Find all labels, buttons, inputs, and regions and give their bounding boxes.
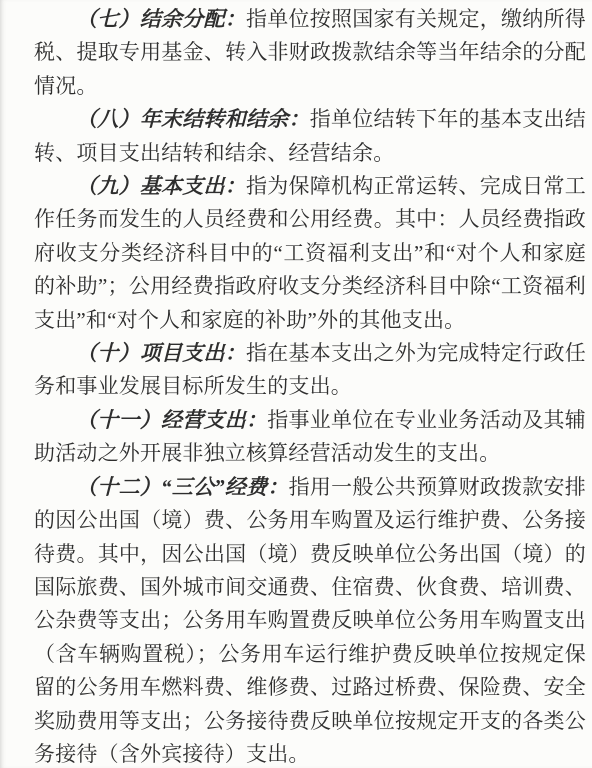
definition-paragraph-11: （十一）经营支出：指事业单位在专业业务活动及其辅助活动之外开展非独立核算经营活动… xyxy=(34,404,586,471)
definition-term: （十二）“三公”经费： xyxy=(76,475,289,499)
definition-term: （十）项目支出： xyxy=(76,341,246,365)
document-text-block: （七）结余分配：指单位按照国家有关规定，缴纳所得税、提取专用基金、转入非财政拨款… xyxy=(34,3,586,768)
definition-paragraph-12: （十二）“三公”经费：指用一般公共预算财政拨款安排的因公出国（境）费、公务用车购… xyxy=(34,471,586,768)
definition-paragraph-7: （七）结余分配：指单位按照国家有关规定，缴纳所得税、提取专用基金、转入非财政拨款… xyxy=(34,3,586,103)
definition-term: （八）年末结转和结余： xyxy=(76,107,310,131)
definition-body: 指用一般公共预算财政拨款安排的因公出国（境）费、公务用车购置及运行维护费、公务接… xyxy=(34,475,586,766)
definition-paragraph-10: （十）项目支出：指在基本支出之外为完成特定行政任务和事业发展目标所发生的支出。 xyxy=(34,337,586,404)
definition-paragraph-9: （九）基本支出：指为保障机构正常运转、完成日常工作任务而发生的人员经费和公用经费… xyxy=(34,170,586,337)
definition-term: （十一）经营支出： xyxy=(76,408,267,432)
definition-term: （七）结余分配： xyxy=(76,7,246,31)
definition-term: （九）基本支出： xyxy=(76,174,246,198)
document-page: （七）结余分配：指单位按照国家有关规定，缴纳所得税、提取专用基金、转入非财政拨款… xyxy=(0,0,592,768)
definition-paragraph-8: （八）年末结转和结余：指单位结转下年的基本支出结转、项目支出结转和结余、经营结余… xyxy=(34,103,586,170)
